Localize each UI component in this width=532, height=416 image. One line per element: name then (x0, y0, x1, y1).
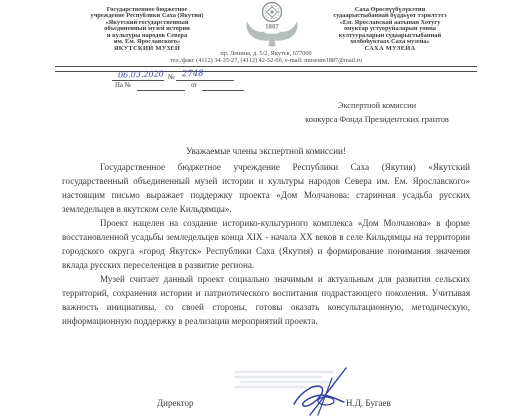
recipient-block: Экспертной комиссии конкурса Фонда Прези… (278, 99, 476, 127)
reply-from-label: от (191, 82, 197, 89)
handwritten-outgoing-number: 2748 (182, 69, 204, 79)
letterhead-org-sakha: Саха Өрөспүүбүлүкэтин судаарыстыбаннай б… (292, 7, 488, 53)
reply-to-label: На № (115, 82, 131, 89)
letterhead-org-russian: Государственное бюджетное учреждение Рес… (52, 7, 242, 53)
reply-date-underline (202, 90, 244, 91)
salutation: Уважаемые члены экспертной комиссии! (62, 146, 470, 156)
scanned-letter-page: Государственное бюджетное учреждение Рес… (0, 0, 532, 416)
paragraph: Проект нацелен на создание историко-куль… (62, 216, 470, 272)
number-sign-label: № (168, 73, 175, 81)
signer-name: Н.Д. Бугаев (346, 398, 391, 408)
recipient-line: Экспертной комиссии (278, 99, 476, 113)
emblem-year: 1887 (265, 24, 279, 31)
letter-body: Государственное бюджетное учреждение Рес… (62, 160, 470, 328)
contacts-line: тел./факс (4112) 34-35-27, (4112) 42-52-… (55, 57, 477, 65)
reply-number-underline (137, 90, 185, 91)
paragraph: Государственное бюджетное учреждение Рес… (62, 160, 470, 216)
number-underline (176, 80, 234, 81)
date-underline (112, 80, 164, 81)
handwritten-signature (288, 366, 362, 416)
recipient-line: конкурса Фонда Президентских грантов (278, 113, 476, 127)
paragraph: Музей считает данный проект социально зн… (62, 272, 470, 328)
signer-position-title: Директор (157, 398, 194, 408)
handwritten-date: 06.03.2020 (118, 69, 164, 79)
